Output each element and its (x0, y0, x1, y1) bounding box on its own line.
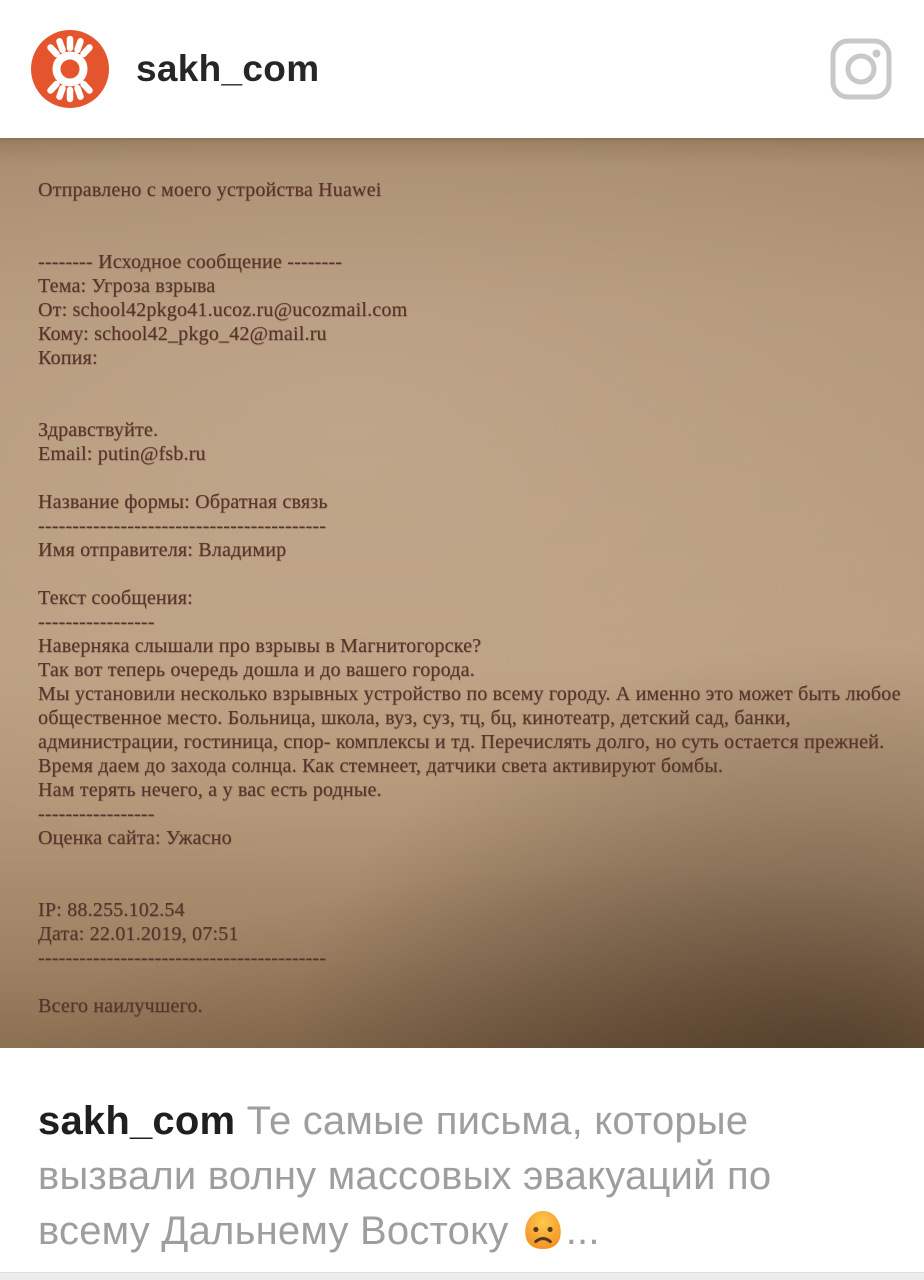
letter-text-line: ----------------- (38, 802, 924, 826)
header-username[interactable]: sakh_com (136, 48, 319, 90)
post-header: sakh_com (0, 0, 924, 138)
letter-text-line: администрации, гостиница, спор- комплекс… (38, 730, 924, 754)
letter-text-line (38, 466, 924, 490)
letter-text-line: От: school42pkgo41.ucoz.ru@ucozmail.com (38, 298, 924, 322)
letter-text-line: Оценка сайта: Ужасно (38, 826, 924, 850)
letter-text-line (38, 370, 924, 394)
caption-username[interactable]: sakh_com (38, 1099, 235, 1143)
sakh-com-logo-avatar[interactable] (30, 29, 110, 109)
angry-face-emoji-icon (521, 1208, 565, 1252)
letter-text-line (38, 562, 924, 586)
letter-text-line: Название формы: Обратная связь (38, 490, 924, 514)
letter-text-line: общественное место. Больница, школа, вуз… (38, 706, 924, 730)
letter-text-line (38, 394, 924, 418)
letter-text-line (38, 874, 924, 898)
letter-text-line: Отправлено с моего устройства Huawei (38, 178, 924, 202)
letter-text-line (38, 970, 924, 994)
letter-text-line: Email: putin@fsb.ru (38, 442, 924, 466)
letter-text-line: ----------------------------------------… (38, 514, 924, 538)
instagram-icon[interactable] (828, 36, 894, 102)
caption-truncation-ellipsis[interactable]: ... (566, 1209, 600, 1253)
letter-text-line: Имя отправителя: Владимир (38, 538, 924, 562)
letter-text-line: Тема: Угроза взрыва (38, 274, 924, 298)
letter-text-line: Текст сообщения: (38, 586, 924, 610)
letter-text-line: ----------------------------------------… (38, 946, 924, 970)
letter-text-line: Дата: 22.01.2019, 07:51 (38, 922, 924, 946)
letter-text-line: Кому: school42_pkgo_42@mail.ru (38, 322, 924, 346)
letter-text-line: ----------------- (38, 610, 924, 634)
post-caption: sakh_com Те самые письма, которые вызвал… (0, 1048, 924, 1272)
letter-text-line (38, 226, 924, 250)
next-card-edge (0, 1272, 924, 1280)
letter-text-line: Наверняка слышали про взрывы в Магнитого… (38, 634, 924, 658)
letter-text-line: Здравствуйте. (38, 418, 924, 442)
letter-text-line: Нам терять нечего, а у вас есть родные. (38, 778, 924, 802)
post-photo-letter[interactable]: Отправлено с моего устройства Huawei ---… (0, 138, 924, 1048)
letter-text-line (38, 850, 924, 874)
letter-text-line: Мы установили несколько взрывных устройс… (38, 682, 924, 706)
letter-text-line: -------- Исходное сообщение -------- (38, 250, 924, 274)
letter-text-line (38, 202, 924, 226)
letter-text-line: Время даем до захода солнца. Как стемнее… (38, 754, 924, 778)
letter-text-line: IP: 88.255.102.54 (38, 898, 924, 922)
letter-text-line: Всего наилучшего. (38, 994, 924, 1018)
letter-text-line: Копия: (38, 346, 924, 370)
letter-text-line: Так вот теперь очередь дошла и до вашего… (38, 658, 924, 682)
